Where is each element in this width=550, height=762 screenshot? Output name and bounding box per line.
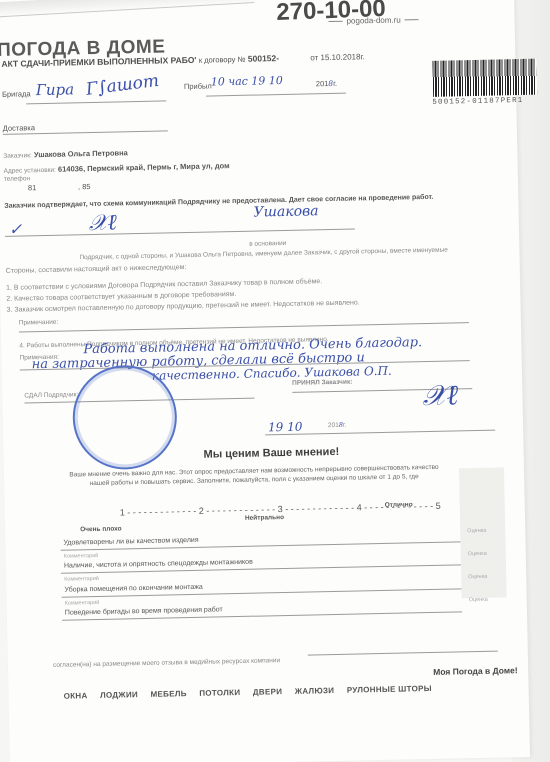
scale-label-high: Отлично — [385, 501, 413, 509]
year-suffix: г. — [333, 79, 337, 88]
scale-1: 1 — [120, 507, 125, 517]
question-1-comment: Комментарий — [64, 553, 99, 560]
arrived-label: Прибыл — [184, 81, 212, 91]
address-label: Адрес установки: — [4, 167, 56, 175]
contract-number: 500152- — [248, 53, 279, 64]
notes-label: Примечание: — [19, 319, 59, 327]
delivery-label: Доставка — [3, 123, 35, 133]
folded-corner — [0, 0, 254, 18]
parties-line1: Подрядчик, с одной стороны, и Ушакова Ол… — [79, 247, 448, 262]
item-1: 1. В соответствии с условиями Договора П… — [6, 278, 322, 292]
company-stamp — [72, 364, 178, 470]
customer-row: Заказчик: Ушакова Ольга Петровна — [3, 148, 128, 160]
customer-label: Заказчик: — [3, 152, 32, 160]
contract-label: к договору № — [199, 55, 246, 65]
footer-nav: ОКНА ЛОДЖИИ МЕБЕЛЬ ПОТОЛКИ ДВЕРИ ЖАЛЮЗИ … — [64, 684, 442, 701]
phone-value-a: 81 — [28, 183, 37, 192]
accepted-year-prefix: 201 — [328, 422, 339, 429]
accepted-date: 19 10 — [268, 420, 303, 435]
brigade-line — [26, 100, 166, 104]
nav-loggias[interactable]: ЛОДЖИИ — [100, 690, 138, 700]
consent-line[interactable] — [308, 651, 498, 656]
confirm-signature-name: Ушакова — [253, 203, 318, 220]
scale-label-low: Очень плохо — [80, 525, 122, 533]
document-page: ПОГОДА В ДОМЕ 270-10-00 pogoda-dom.ru АК… — [0, 0, 530, 762]
accepted-year-suffix: г. — [343, 422, 347, 429]
question-4: Поведение бригады во время проведения ра… — [65, 606, 223, 616]
accepted-year: 2018г. — [328, 421, 347, 429]
notes-line — [19, 322, 469, 332]
customer-signature: 𝒳ℓ — [422, 378, 458, 413]
scale-label-mid: Нейтрально — [245, 514, 284, 522]
act-date: от 15.10.2018г. — [310, 52, 365, 62]
arrived-line — [206, 93, 346, 97]
scale-3: 3 — [278, 504, 283, 514]
question-2: Наличие, чистота и опрятность спецодежды… — [64, 559, 253, 570]
accepted-label: ПРИНЯЛ Заказчик: — [292, 379, 352, 387]
confirm-signature: 𝒳ℓ — [88, 209, 117, 236]
rating-label-4: Оценка — [469, 597, 488, 603]
nav-blinds[interactable]: ЖАЛЮЗИ — [295, 686, 335, 696]
survey-title: Мы ценим Ваше мнение! — [203, 446, 339, 461]
consent-text: согласен(на) на размещение моего отзыва … — [53, 657, 280, 669]
rating-label-1: Оценка — [467, 528, 486, 534]
item-2: 2. Качество товара соответствует указанн… — [6, 291, 236, 303]
scale-5: 5 — [436, 501, 441, 511]
company-website: pogoda-dom.ru — [324, 15, 422, 26]
scale-2: 2 — [199, 506, 204, 516]
question-3: Уборка помещения по окончании монтажа — [64, 584, 203, 594]
address-row: Адрес установки: 614036, Пермский край, … — [4, 161, 230, 175]
brigade-value: Гира — [36, 80, 75, 99]
barcode — [432, 59, 537, 97]
phone-value-b: , 85 — [78, 182, 91, 191]
parties-line2: Стороны, составили настоящий акт о нижес… — [6, 264, 187, 275]
arrived-year: 2018г. — [316, 79, 337, 88]
address-value: 614036, Пермский край, Пермь г, Мира ул,… — [58, 161, 230, 174]
year-prefix: 201 — [316, 79, 329, 88]
brigade-signature: Γ∫ашот — [85, 71, 160, 100]
rating-label-2: Оценка — [468, 551, 487, 557]
scale-4: 4 — [357, 502, 362, 512]
question-2-comment: Комментарий — [64, 576, 99, 583]
question-3-comment: Комментарий — [65, 600, 100, 607]
confirm-line — [5, 228, 355, 236]
handed-label: СДАЛ Подрядчик: — [24, 391, 78, 399]
rating-label-3: Оценка — [468, 574, 487, 580]
arrived-value: 10 час 19 10 — [211, 74, 283, 89]
footer-slogan: Моя Погода в Доме! — [433, 665, 518, 677]
nav-ceilings[interactable]: ПОТОЛКИ — [199, 688, 240, 698]
phone-label: телефон — [4, 175, 30, 183]
confirm-text: Заказчик подтверждает, что схема коммуни… — [4, 194, 433, 210]
nav-windows[interactable]: ОКНА — [64, 691, 88, 700]
question-1: Удовлетворены ли вы качеством изделия — [63, 537, 198, 547]
parties-basis: в основании — [249, 240, 286, 248]
brigade-label: Бригада — [2, 89, 31, 99]
nav-furniture[interactable]: МЕБЕЛЬ — [150, 689, 186, 699]
customer-name: Ушакова Ольга Петровна — [34, 148, 128, 159]
barcode-number: 500152-01187PER1 — [432, 97, 523, 107]
nav-roller-blinds[interactable]: РУЛОННЫЕ ШТОРЫ — [347, 684, 432, 695]
nav-doors[interactable]: ДВЕРИ — [253, 687, 283, 697]
